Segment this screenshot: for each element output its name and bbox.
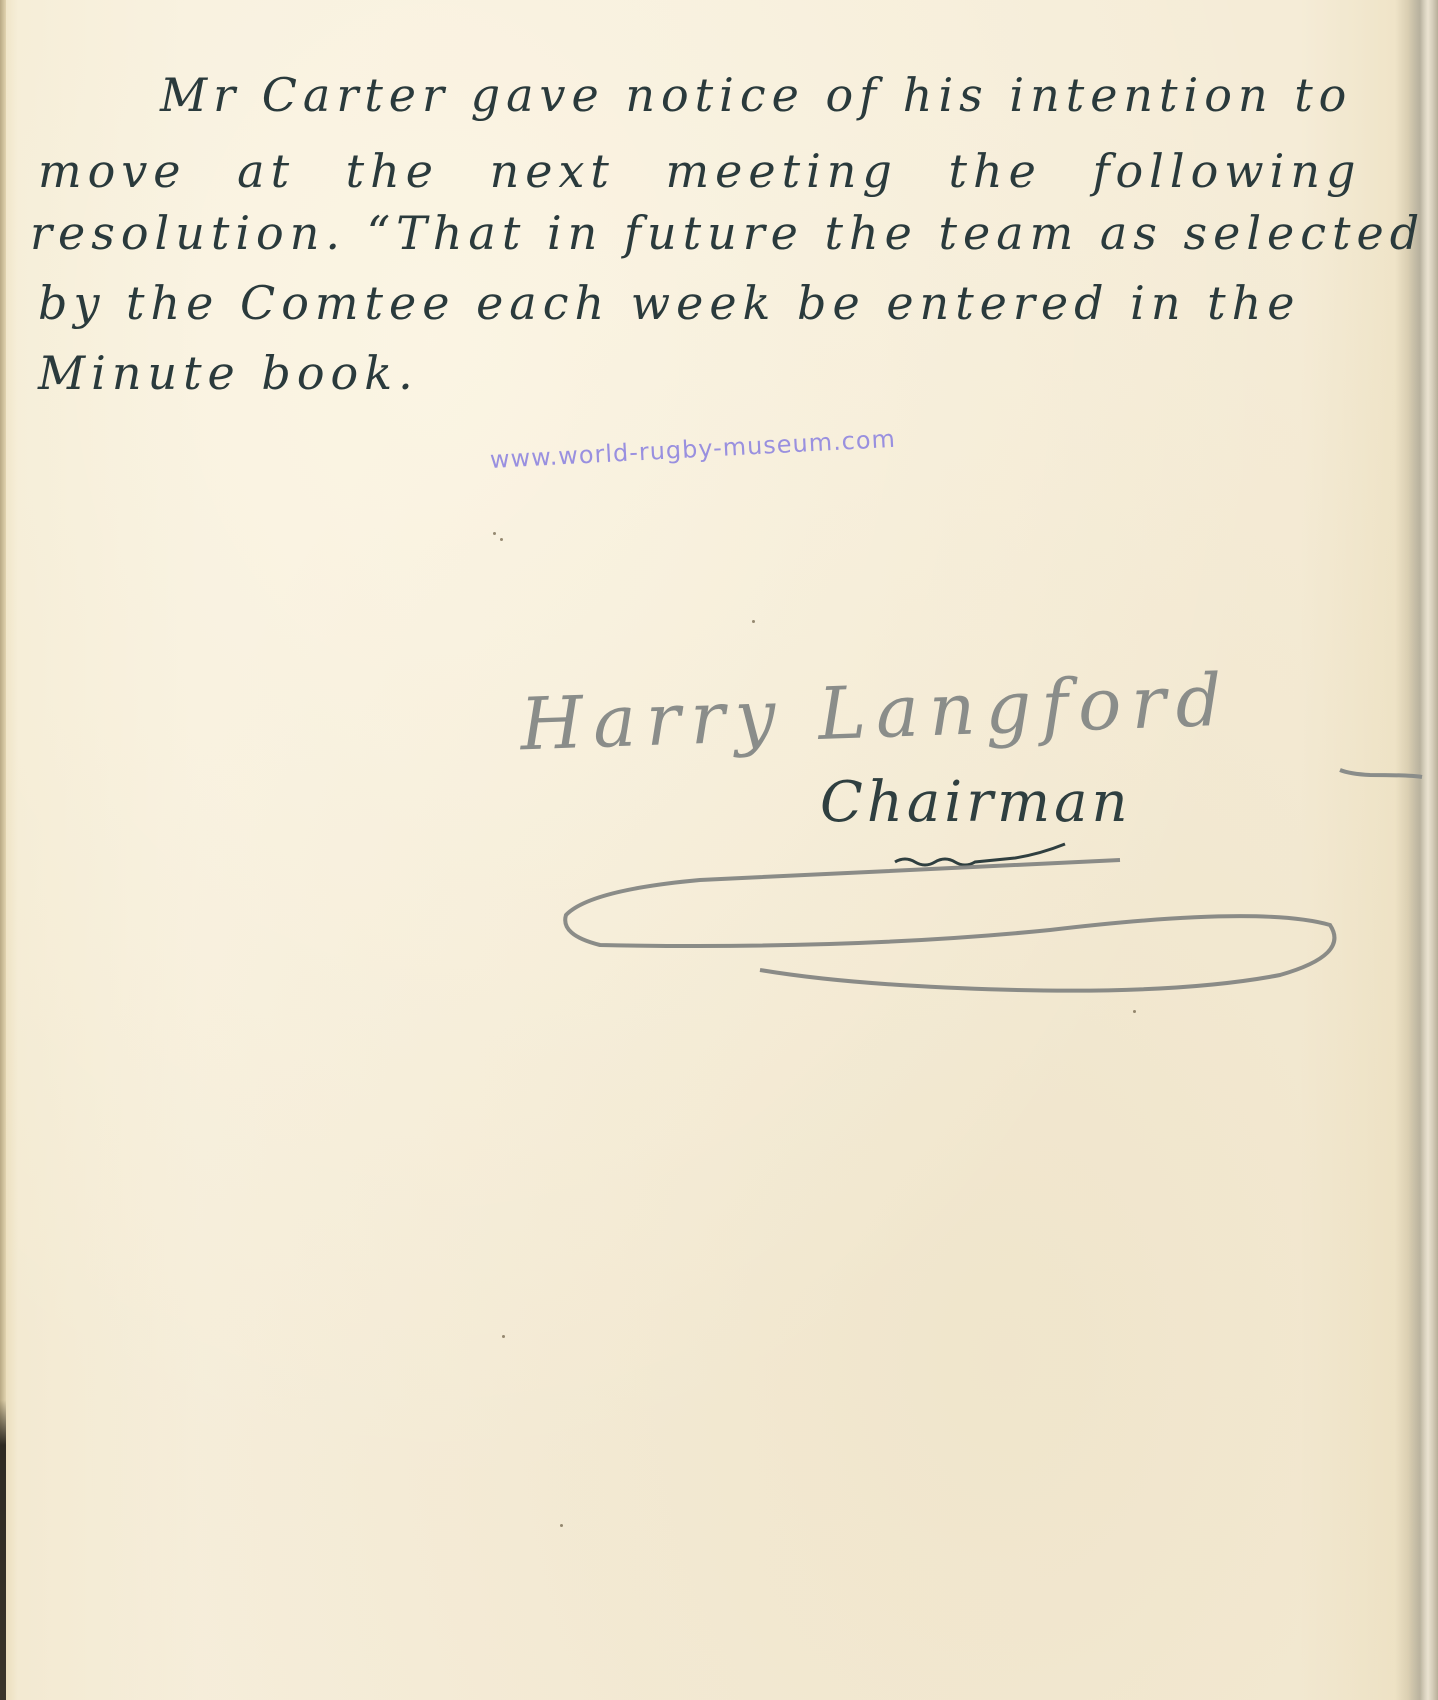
paper-speck bbox=[752, 620, 755, 623]
paper-speck bbox=[560, 1524, 563, 1527]
signature-flourish-icon bbox=[0, 0, 1438, 1700]
paper-speck bbox=[502, 1335, 505, 1338]
paper-speck bbox=[493, 532, 496, 535]
paper-speck bbox=[1133, 1010, 1136, 1013]
minute-book-page: Mr Carter gave notice of his intention t… bbox=[0, 0, 1438, 1700]
paper-speck bbox=[500, 538, 503, 541]
